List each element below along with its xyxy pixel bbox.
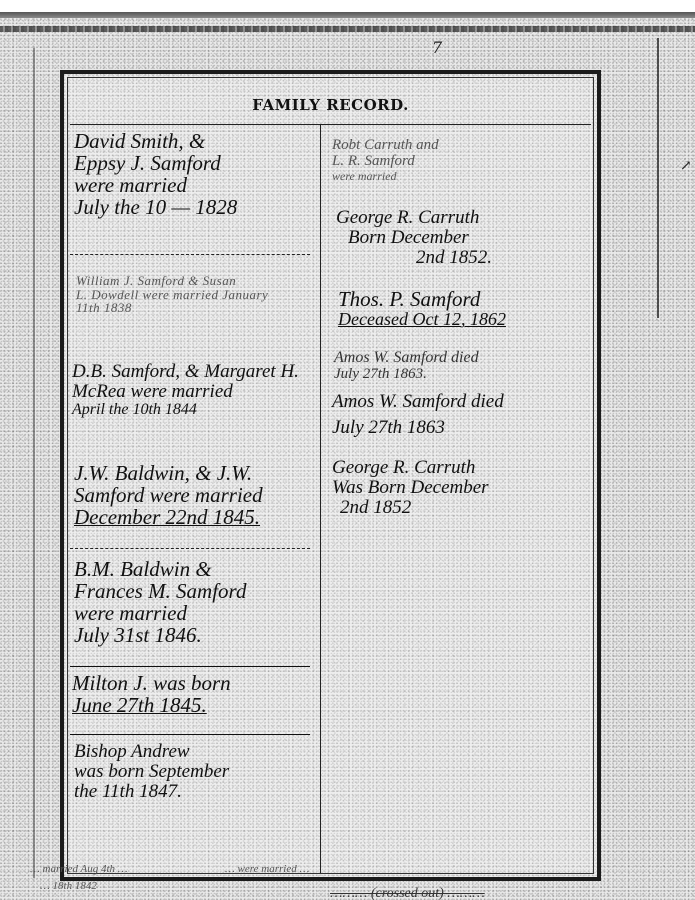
entry-line: Thos. P. Samford <box>338 288 506 310</box>
entry-separator <box>70 548 310 549</box>
entry-line: B.M. Baldwin & <box>74 558 246 580</box>
entry-line: was born September <box>74 762 229 782</box>
record-entry: George R. Carruth Born December 2nd 1852… <box>336 208 492 268</box>
page-top-border <box>0 26 695 32</box>
entry-line: David Smith, & <box>74 130 237 152</box>
record-entry-faded: Robt Carruth and L. R. Samford were marr… <box>332 138 439 182</box>
record-entry: Amos W. Samford died July 27th 1863. <box>334 350 479 383</box>
footer-note: … 18th 1842 <box>40 880 97 892</box>
entry-line: the 11th 1847. <box>74 782 229 802</box>
page-left-margin-rule <box>33 48 35 878</box>
record-entry: Bishop Andrew was born September the 11t… <box>74 742 229 802</box>
entry-line: Was Born December <box>332 478 489 498</box>
entry-line: J.W. Baldwin, & J.W. <box>74 462 263 484</box>
record-entry: J.W. Baldwin, & J.W. Samford were marrie… <box>74 462 263 528</box>
entry-separator <box>70 666 310 667</box>
record-entry: B.M. Baldwin & Frances M. Samford were m… <box>74 558 246 646</box>
entry-line: L. R. Samford <box>332 154 439 170</box>
footer-struck-text: ……… (crossed out) ……… <box>330 886 485 900</box>
entry-line: June 27th 1845. <box>72 694 231 716</box>
entry-line: 2nd 1852 <box>332 498 489 518</box>
margin-mark-icon: ↗ <box>680 158 692 174</box>
entry-line: Born December <box>336 228 492 248</box>
footer-note: … were married … <box>225 863 309 875</box>
column-divider <box>320 125 321 873</box>
entry-separator <box>70 734 310 735</box>
entry-line: George R. Carruth <box>336 208 492 228</box>
record-entry-faded: William J. Samford & Susan L. Dowdell we… <box>76 274 268 315</box>
entry-line: L. Dowdell were married January <box>76 288 268 302</box>
entry-line: April the 10th 1844 <box>72 402 299 419</box>
entry-line: Deceased Oct 12, 1862 <box>338 310 506 329</box>
scan-margin <box>0 0 695 12</box>
entry-line: McRea were married <box>72 382 299 402</box>
page-right-margin-rule <box>657 38 659 318</box>
entry-line: were married <box>74 602 246 624</box>
entry-line: Amos W. Samford died <box>332 392 504 412</box>
entry-line: July 31st 1846. <box>74 624 246 646</box>
family-record-frame: FAMILY RECORD. David Smith, & Eppsy J. S… <box>60 70 601 881</box>
record-entry: George R. Carruth Was Born December 2nd … <box>332 458 489 518</box>
entry-line: Milton J. was born <box>72 672 231 694</box>
document-page: 7 ↗ FAMILY RECORD. David Smith, & Eppsy … <box>0 18 695 900</box>
entry-line: were married <box>332 170 439 183</box>
page-number-mark: 7 <box>432 38 442 57</box>
entry-line: 2nd 1852. <box>336 248 492 268</box>
entry-line: July 27th 1863. <box>334 367 479 383</box>
footer-note: … married Aug 4th … <box>30 863 128 875</box>
entry-line: George R. Carruth <box>332 458 489 478</box>
entry-line: Amos W. Samford died <box>334 350 479 367</box>
entry-line: December 22nd 1845. <box>74 506 263 528</box>
record-entry: David Smith, & Eppsy J. Samford were mar… <box>74 130 237 218</box>
entry-line: D.B. Samford, & Margaret H. <box>72 362 299 382</box>
entry-line: 11th 1838 <box>76 301 268 315</box>
entry-line: were married <box>74 174 237 196</box>
record-entry: Milton J. was born June 27th 1845. <box>72 672 231 716</box>
entry-line: Bishop Andrew <box>74 742 229 762</box>
page-title: FAMILY RECORD. <box>64 96 597 114</box>
entry-line: July the 10 — 1828 <box>74 196 237 218</box>
record-entry: Thos. P. Samford Deceased Oct 12, 1862 <box>338 288 506 329</box>
record-entry: Amos W. Samford died July 27th 1863 <box>332 392 504 438</box>
entry-separator <box>70 254 310 255</box>
record-entry: D.B. Samford, & Margaret H. McRea were m… <box>72 362 299 419</box>
entry-line: Robt Carruth and <box>332 138 439 154</box>
entry-line: William J. Samford & Susan <box>76 274 268 288</box>
entry-line: Samford were married <box>74 484 263 506</box>
entry-line: July 27th 1863 <box>332 412 504 438</box>
entry-line: Frances M. Samford <box>74 580 246 602</box>
entry-line: Eppsy J. Samford <box>74 152 237 174</box>
title-divider <box>70 124 591 125</box>
